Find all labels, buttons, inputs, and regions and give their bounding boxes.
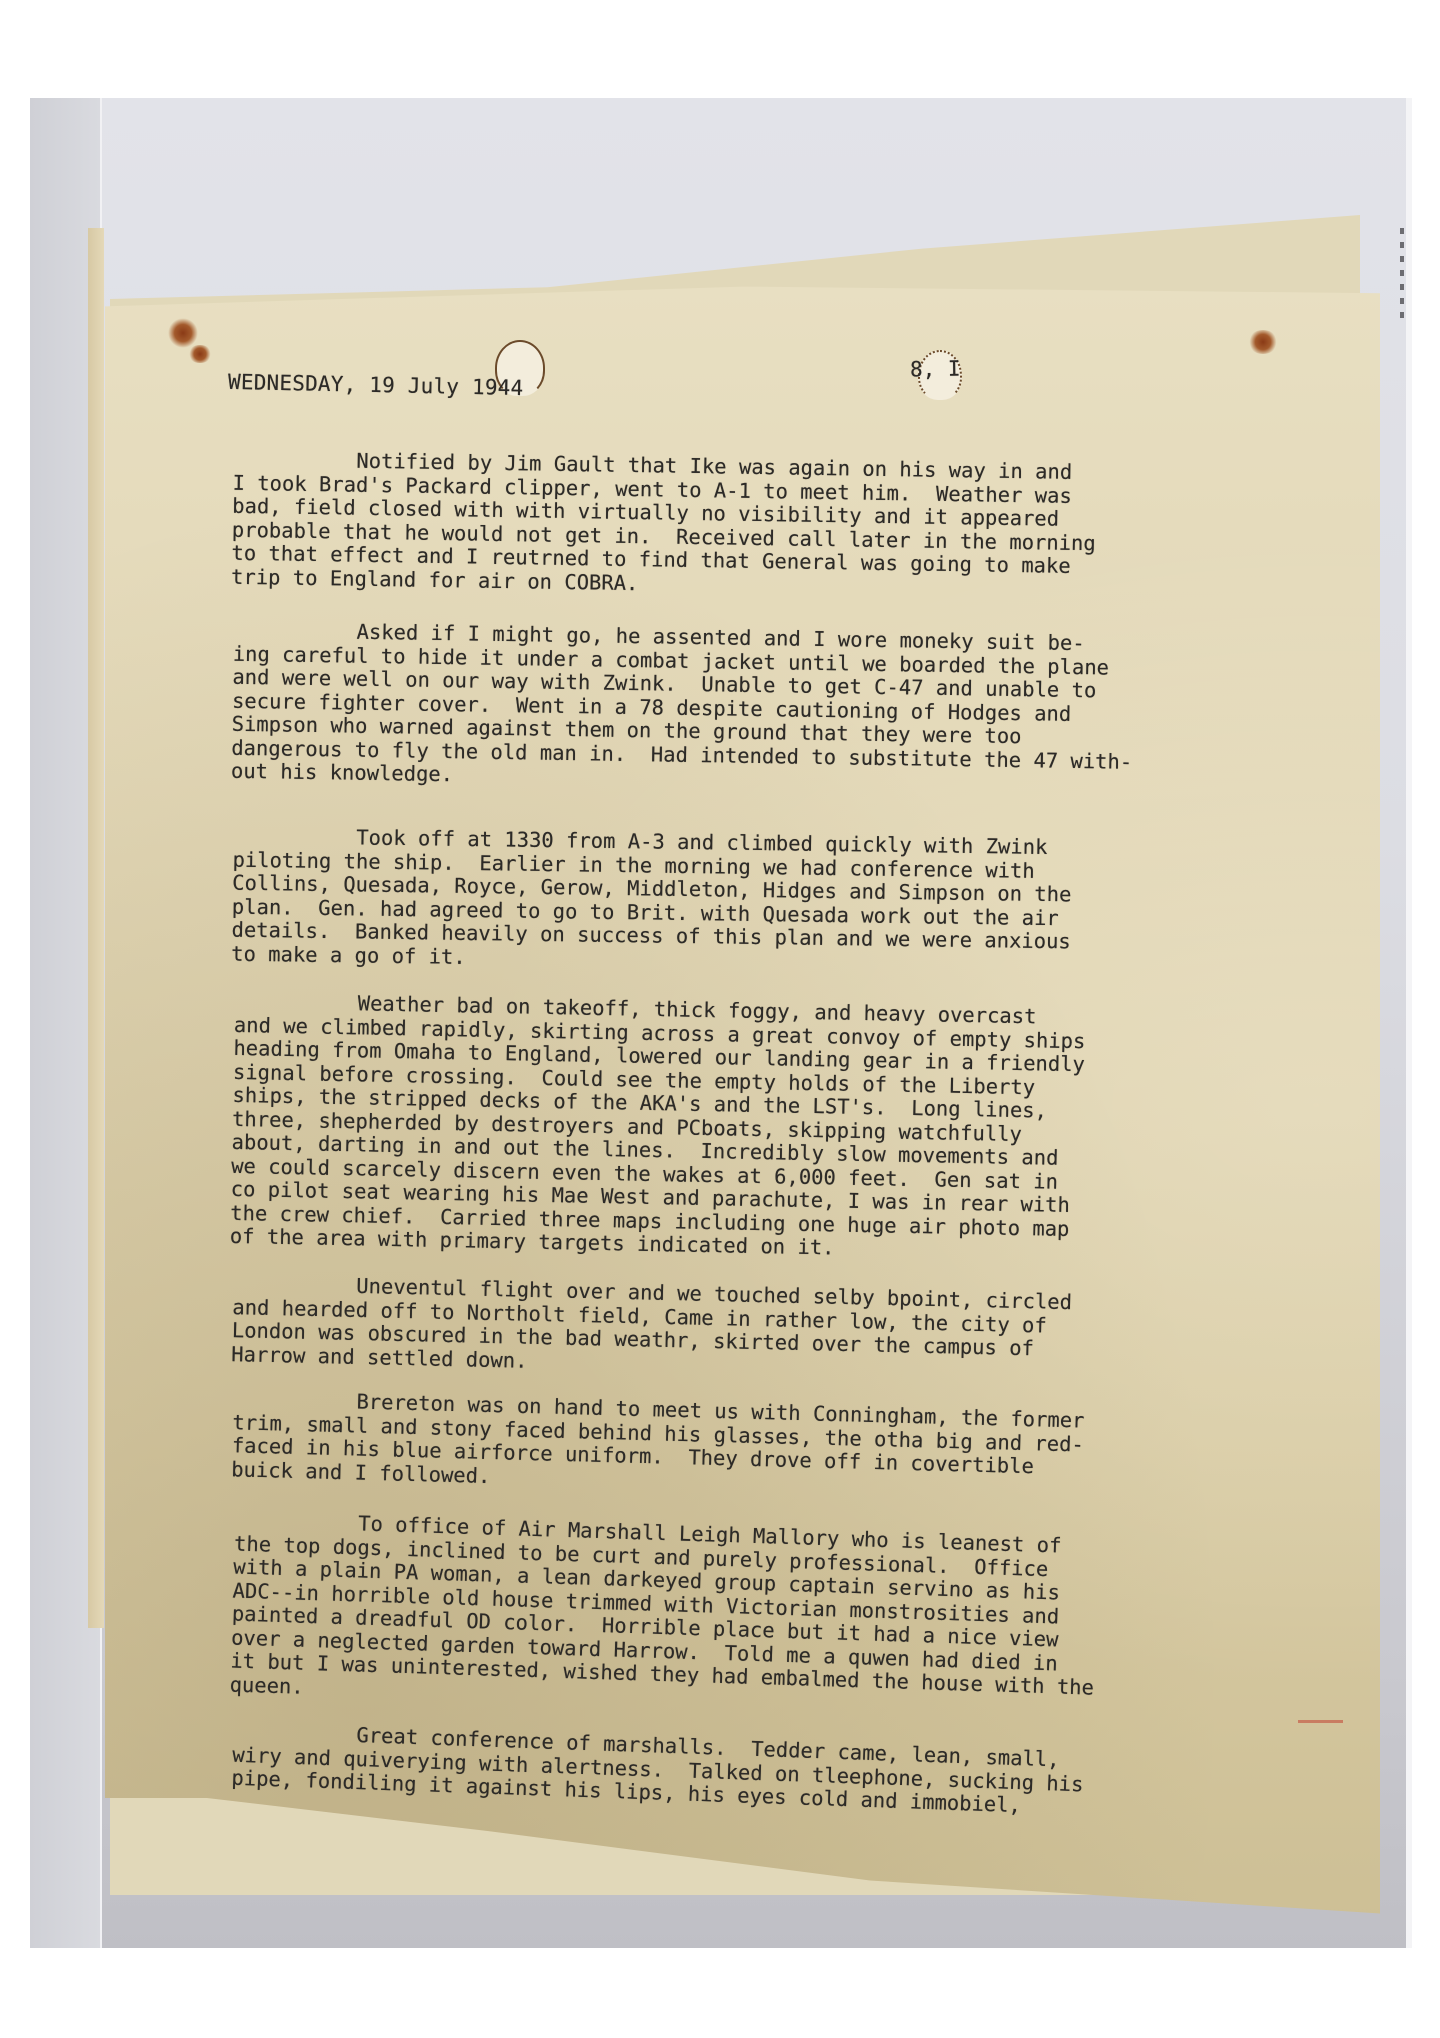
paragraph: Notified by Jim Gault that Ike was again… — [231, 448, 1283, 605]
entry-date-heading: WEDNESDAY, 19 July 1944 — [228, 371, 524, 401]
page-marker: 8, I — [910, 358, 961, 382]
paragraph: Great conference of marshalls. Tedder ca… — [231, 1720, 1283, 1827]
paragraph: Weather bad on takeoff, thick foggy, and… — [230, 990, 1285, 1269]
paragraph: Uneventul flight over and we touched sel… — [231, 1272, 1283, 1390]
paragraph: To office of Air Marshall Leigh Mallory … — [229, 1509, 1284, 1730]
paragraph: Brereton was on hand to meet us with Con… — [231, 1387, 1283, 1508]
paragraph: Took off at 1330 from A-3 and climbed qu… — [231, 825, 1283, 981]
paragraph: Asked if I might go, he assented and I w… — [231, 619, 1283, 800]
typed-text-layer: WEDNESDAY, 19 July 1944 8, I Notified by… — [0, 0, 1440, 2038]
